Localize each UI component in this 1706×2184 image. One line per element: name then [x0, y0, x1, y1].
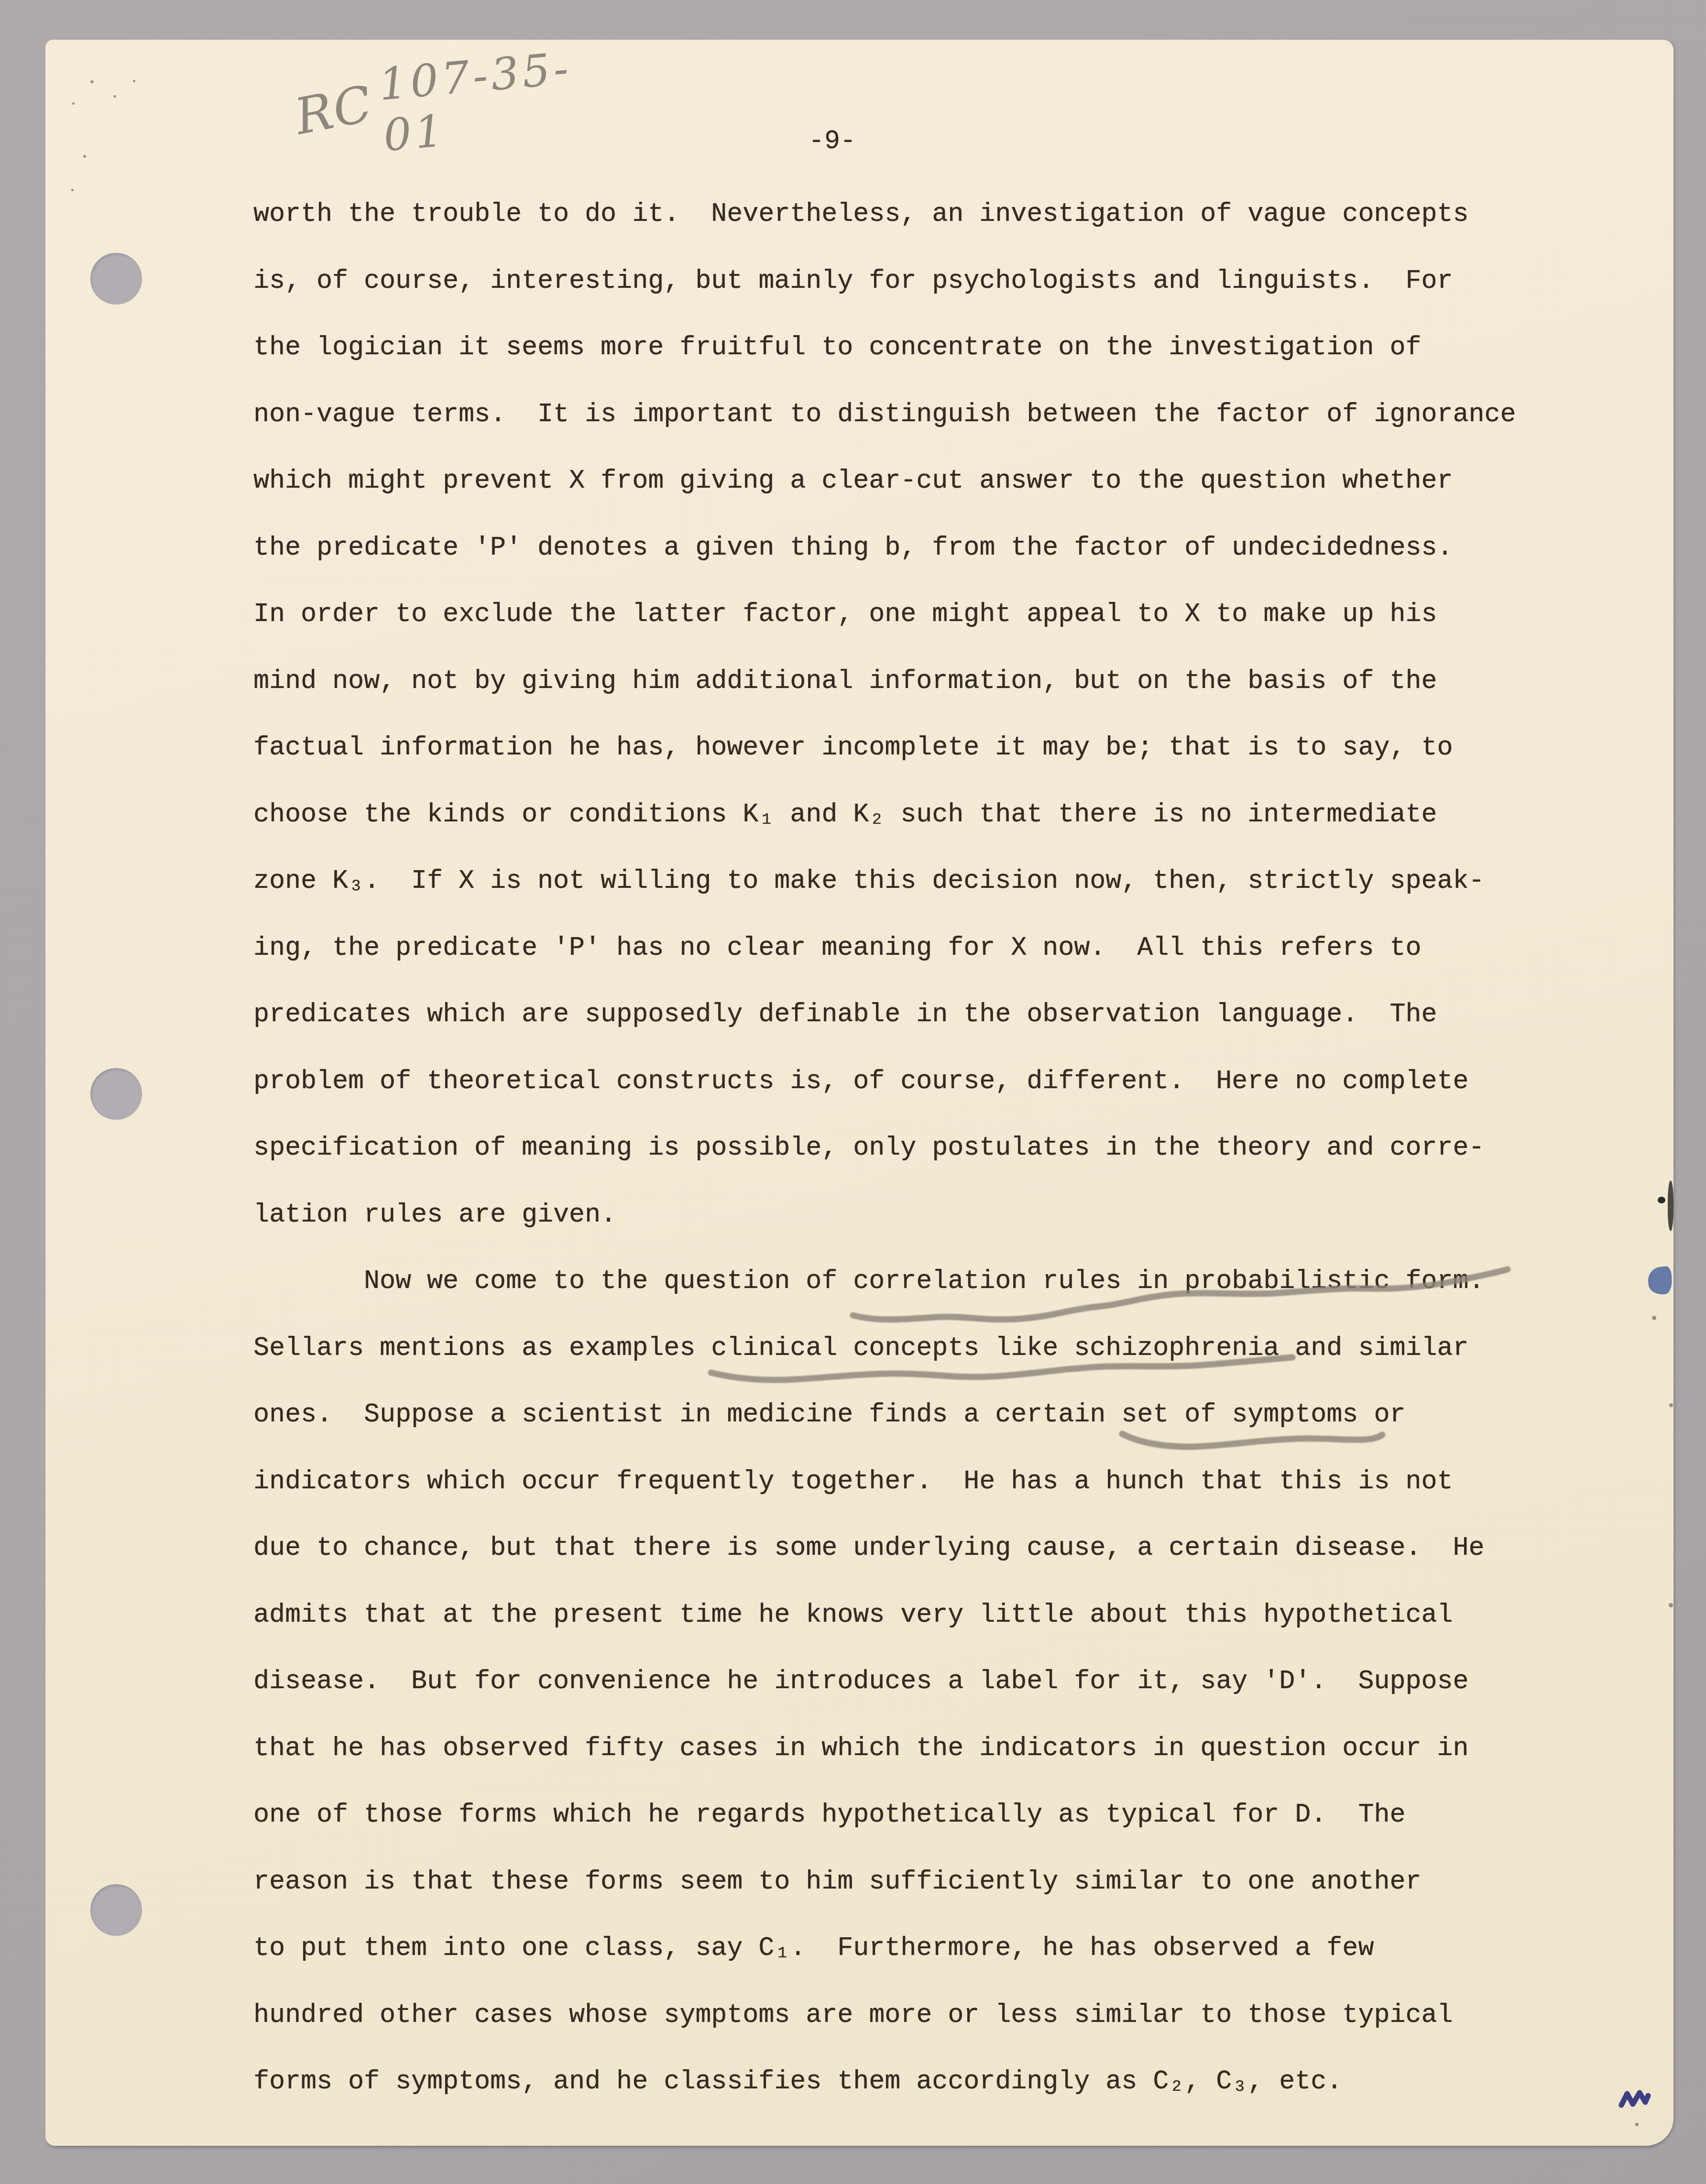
typed-line: disease. But for convenience he introduc…	[253, 1648, 1554, 1715]
typed-line: indicators which occur frequently togeth…	[253, 1448, 1554, 1515]
typed-line: non-vague terms. It is important to dist…	[253, 381, 1554, 448]
punch-hole-bottom	[90, 1884, 142, 1936]
typed-line: predicates which are supposedly definabl…	[253, 981, 1554, 1048]
typed-line: the predicate 'P' denotes a given thing …	[253, 514, 1554, 581]
typed-line: is, of course, interesting, but mainly f…	[253, 248, 1554, 315]
typed-line: lation rules are given.	[253, 1181, 1554, 1248]
punch-hole-top	[90, 253, 142, 305]
page-number: -9-	[809, 126, 856, 156]
typed-line: admits that at the present time he knows…	[253, 1582, 1554, 1649]
paper-speck	[1669, 1403, 1673, 1407]
typed-line: which might prevent X from giving a clea…	[253, 448, 1554, 514]
typed-line: forms of symptoms, and he classifies the…	[253, 2048, 1554, 2115]
typed-line: ones. Suppose a scientist in medicine fi…	[253, 1381, 1554, 1448]
paper-speck	[1635, 2123, 1639, 2126]
typed-line: that he has observed fifty cases in whic…	[253, 1715, 1554, 1782]
edge-dark-speck	[1658, 1197, 1665, 1203]
paper-speck	[1669, 1603, 1673, 1607]
typed-line: the logician it seems more fruitful to c…	[253, 314, 1554, 381]
archival-mark-prefix: RC	[290, 74, 377, 146]
paper-speck	[1652, 1316, 1656, 1320]
paper-speck	[133, 80, 135, 82]
archival-mark-number: 107-35-01	[377, 41, 602, 162]
typed-line: zone K₃. If X is not willing to make thi…	[253, 848, 1554, 915]
typed-line: factual information he has, however inco…	[253, 714, 1554, 781]
paper-speck	[113, 95, 116, 98]
typed-line: ing, the predicate 'P' has no clear mean…	[253, 915, 1554, 982]
scanned-page-background: RC 107-35-01 -9- worth the trouble to do…	[0, 0, 1706, 2184]
typed-line: specification of meaning is possible, on…	[253, 1114, 1554, 1181]
edge-dark-notch	[1668, 1180, 1673, 1231]
blue-ink-blot	[1647, 1266, 1673, 1296]
paper-speck	[90, 80, 94, 83]
paper-speck	[72, 102, 75, 105]
typed-line: one of those forms which he regards hypo…	[253, 1781, 1554, 1848]
typed-line: problem of theoretical constructs is, of…	[253, 1048, 1554, 1115]
paper-speck	[83, 155, 86, 158]
typed-line: hundred other cases whose symptoms are m…	[253, 1982, 1554, 2049]
typed-line: In order to exclude the latter factor, o…	[253, 581, 1554, 648]
typed-line: mind now, not by giving him additional i…	[253, 648, 1554, 715]
typed-text-block: worth the trouble to do it. Nevertheless…	[253, 181, 1554, 2115]
document-page: RC 107-35-01 -9- worth the trouble to do…	[45, 40, 1673, 2146]
punch-hole-middle	[90, 1068, 142, 1120]
typed-line: Now we come to the question of correlati…	[253, 1248, 1554, 1315]
typed-line: worth the trouble to do it. Nevertheless…	[253, 181, 1554, 248]
typed-line: to put them into one class, say C₁. Furt…	[253, 1915, 1554, 1982]
typed-line: Sellars mentions as examples clinical co…	[253, 1315, 1554, 1382]
blue-ink-scribble	[1621, 2093, 1648, 2105]
typed-line: due to chance, but that there is some un…	[253, 1515, 1554, 1582]
paper-speck	[71, 189, 74, 191]
archival-mark: RC 107-35-01	[289, 40, 600, 152]
typed-line: choose the kinds or conditions K₁ and K₂…	[253, 781, 1554, 848]
typed-line: reason is that these forms seem to him s…	[253, 1848, 1554, 1915]
